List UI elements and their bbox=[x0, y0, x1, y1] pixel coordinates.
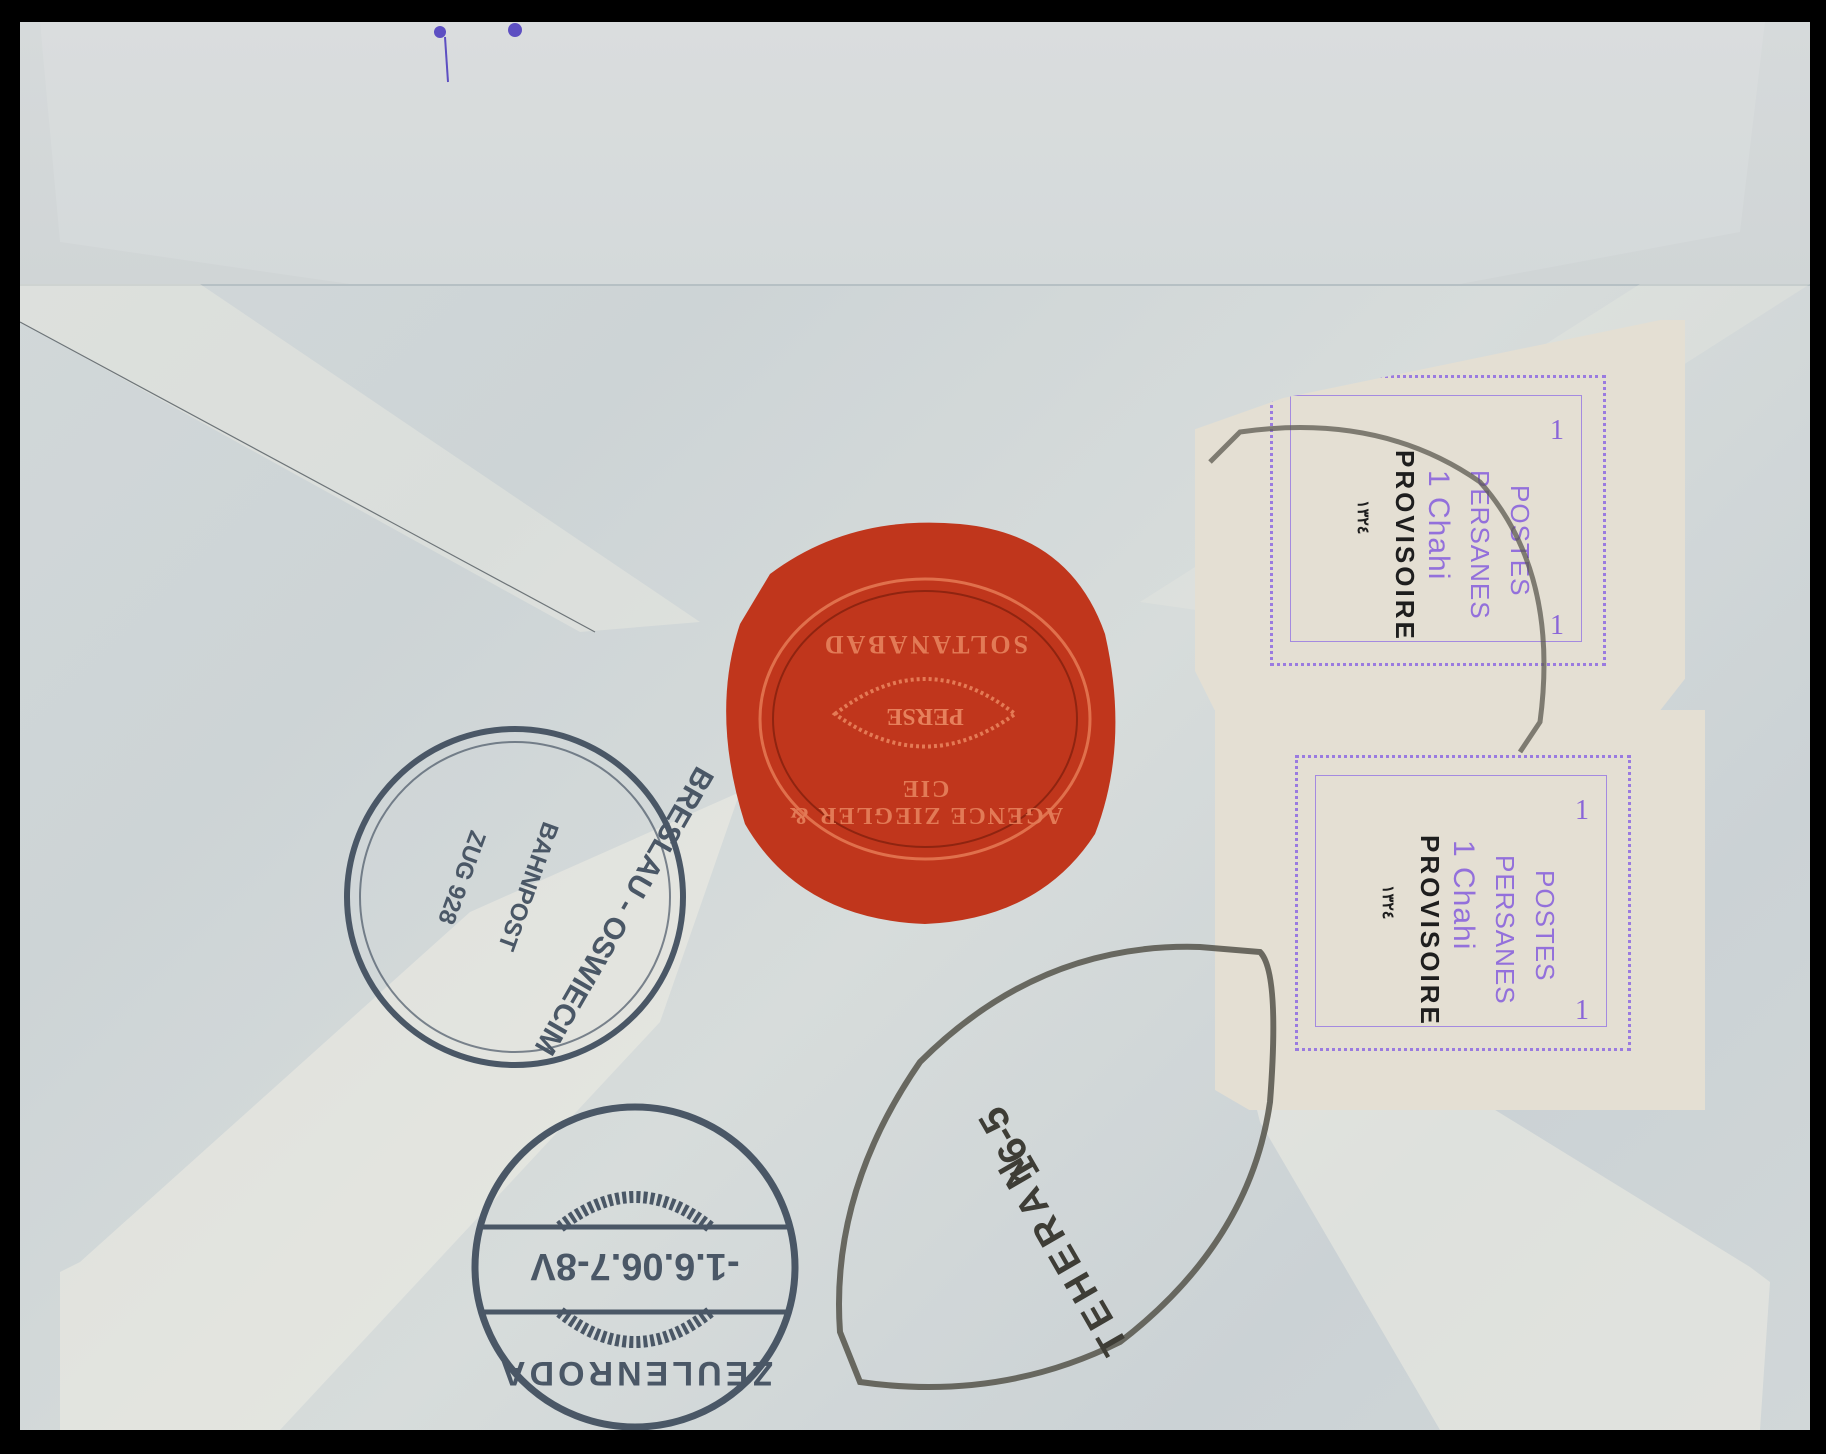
zeulenroda-postmark: -1.6.06.7-8V ZEULENRODA bbox=[470, 1102, 800, 1430]
envelope-back: POSTES PERSANES 1 1 1 Chahi PROVISOIRE ١… bbox=[20, 22, 1810, 1430]
stamp-value: 1 Chahi bbox=[1446, 840, 1480, 950]
seal-bottom-text: AGENCE ZIEGLER & CIE bbox=[770, 774, 1080, 828]
stamp-denomination: 1 bbox=[1575, 995, 1589, 1027]
breslau-postmark: BRESLAU - OSWIECIM BAHNPOST ZUG 928 bbox=[340, 722, 690, 1072]
zeulenroda-town: ZEULENRODA bbox=[470, 1353, 800, 1392]
stamp-country2: PERSANES bbox=[1489, 855, 1520, 1005]
wax-seal: PERSE SOLTANABAD AGENCE ZIEGLER & CIE bbox=[710, 514, 1130, 929]
stamp-overprint: PROVISOIRE bbox=[1414, 835, 1445, 1027]
seal-top-text: SOLTANABAD bbox=[805, 629, 1045, 659]
seal-center-text: PERSE bbox=[886, 703, 963, 729]
stamp-country: POSTES bbox=[1529, 870, 1560, 981]
teheran-postmark: 16-5 TEHERAN bbox=[820, 942, 1300, 1402]
teheran-postmark-partial bbox=[1180, 422, 1660, 802]
stamp-overprint-year: ١٣٢٤ bbox=[1378, 885, 1398, 919]
zeulenroda-date: -1.6.06.7-8V bbox=[470, 1244, 800, 1287]
